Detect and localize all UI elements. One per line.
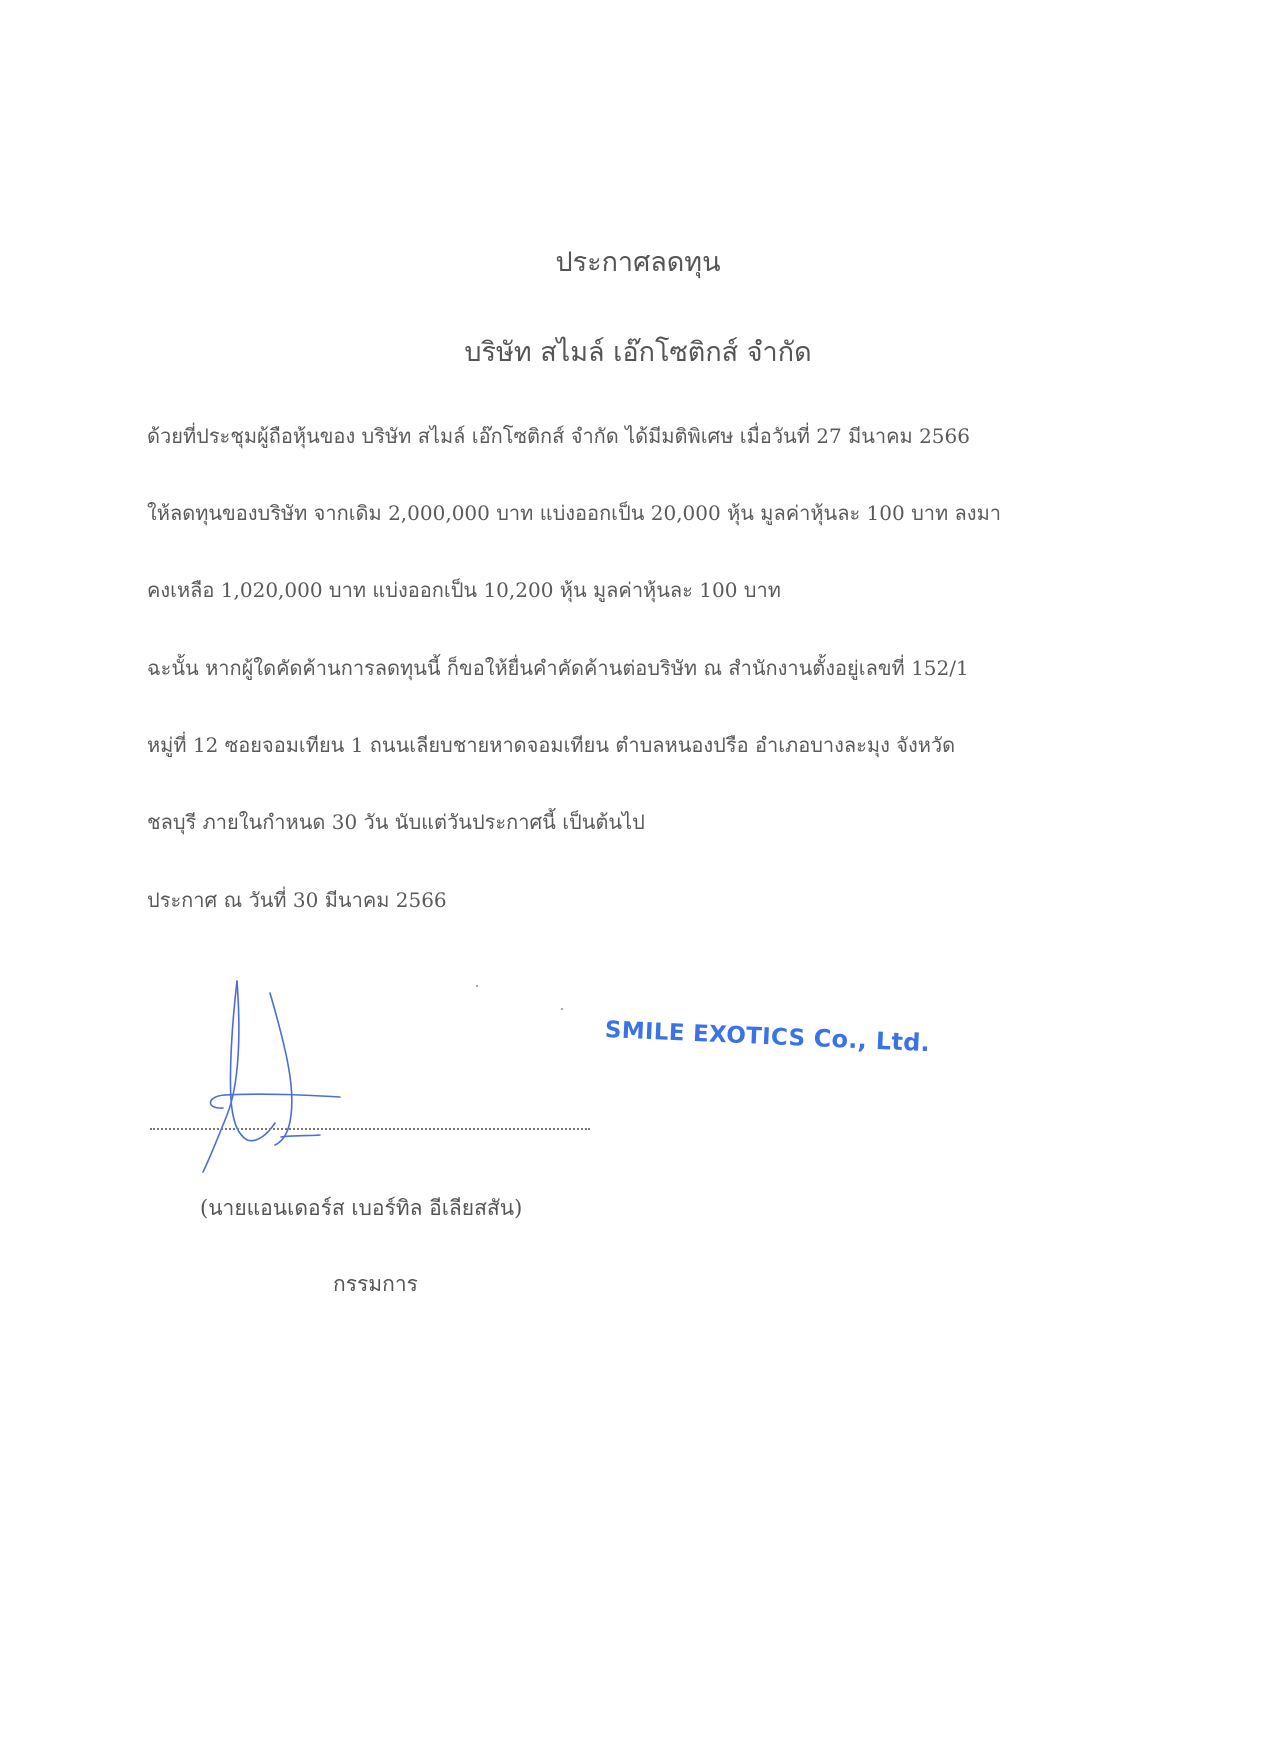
body-line: ให้ลดทุนของบริษัท จากเดิม 2,000,000 บาท …	[147, 497, 1001, 529]
company-stamp: SMILE EXOTICS Co., Ltd.	[604, 1015, 930, 1057]
document-title: ประกาศลดทุน	[0, 240, 1276, 283]
signature-image	[195, 975, 355, 1175]
body-line: หมู่ที่ 12 ซอยจอมเทียน 1 ถนนเลียบชายหาดจ…	[147, 729, 955, 761]
stamp-suffix: Co., Ltd.	[813, 1024, 931, 1057]
scan-speck	[561, 1008, 563, 1010]
document-page: ประกาศลดทุน บริษัท สไมล์ เอ๊กโซติกส์ จำก…	[0, 0, 1276, 1755]
stamp-name: SMILE EXOTICS	[604, 1017, 806, 1052]
announcement-date: ประกาศ ณ วันที่ 30 มีนาคม 2566	[147, 884, 447, 916]
body-line: คงเหลือ 1,020,000 บาท แบ่งออกเป็น 10,200…	[147, 574, 781, 606]
body-line: ชลบุรี ภายในกำหนด 30 วัน นับแต่วันประกาศ…	[147, 806, 645, 838]
signature-line	[150, 1128, 590, 1130]
signer-role: กรรมการ	[333, 1268, 418, 1301]
body-line: ฉะนั้น หากผู้ใดคัดค้านการลดทุนนี้ ก็ขอให…	[147, 652, 969, 684]
body-line: ด้วยที่ประชุมผู้ถือหุ้นของ บริษัท สไมล์ …	[147, 420, 970, 452]
scan-speck	[476, 985, 478, 987]
company-name: บริษัท สไมล์ เอ๊กโซติกส์ จำกัด	[0, 330, 1276, 373]
signer-name: (นายแอนเดอร์ส เบอร์ทิล อีเลียสสัน)	[200, 1192, 522, 1225]
